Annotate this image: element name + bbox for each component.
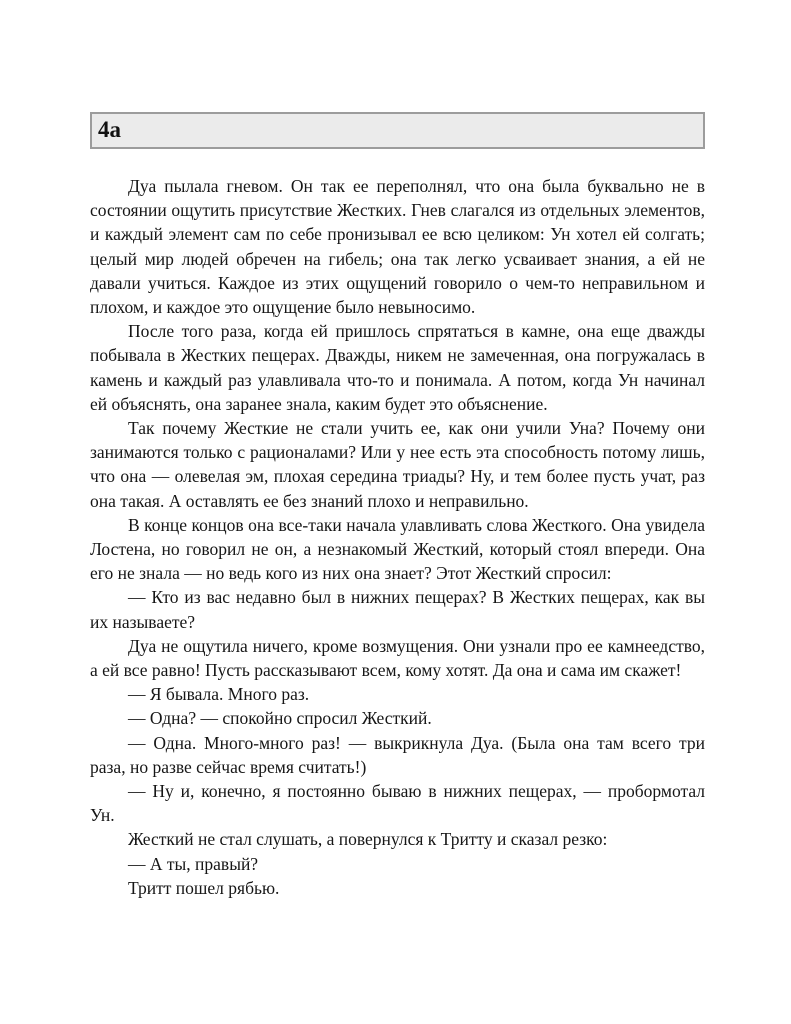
paragraph: Так почему Жесткие не стали учить ее, ка… [90, 416, 705, 513]
paragraph: — А ты, правый? [90, 852, 705, 876]
section-header-label: 4a [98, 117, 121, 142]
paragraph: — Я бывала. Много раз. [90, 682, 705, 706]
paragraph: В конце концов она все-таки начала улавл… [90, 513, 705, 586]
paragraph: Тритт пошел рябью. [90, 876, 705, 900]
paragraph: Дуа пылала гневом. Он так ее переполнял,… [90, 174, 705, 319]
paragraph: — Ну и, конечно, я постоянно бываю в ниж… [90, 779, 705, 827]
text-body: Дуа пылала гневом. Он так ее переполнял,… [90, 174, 705, 900]
paragraph: Жесткий не стал слушать, а повернулся к … [90, 827, 705, 851]
book-page: 4a Дуа пылала гневом. Он так ее переполн… [0, 0, 791, 1024]
paragraph: — Одна? — спокойно спросил Жесткий. [90, 706, 705, 730]
paragraph: — Одна. Много-много раз! — выкрикнула Ду… [90, 731, 705, 779]
paragraph: — Кто из вас недавно был в нижних пещера… [90, 585, 705, 633]
paragraph: После того раза, когда ей пришлось спрят… [90, 319, 705, 416]
paragraph: Дуа не ощутила ничего, кроме возмущения.… [90, 634, 705, 682]
section-header: 4a [90, 112, 705, 149]
